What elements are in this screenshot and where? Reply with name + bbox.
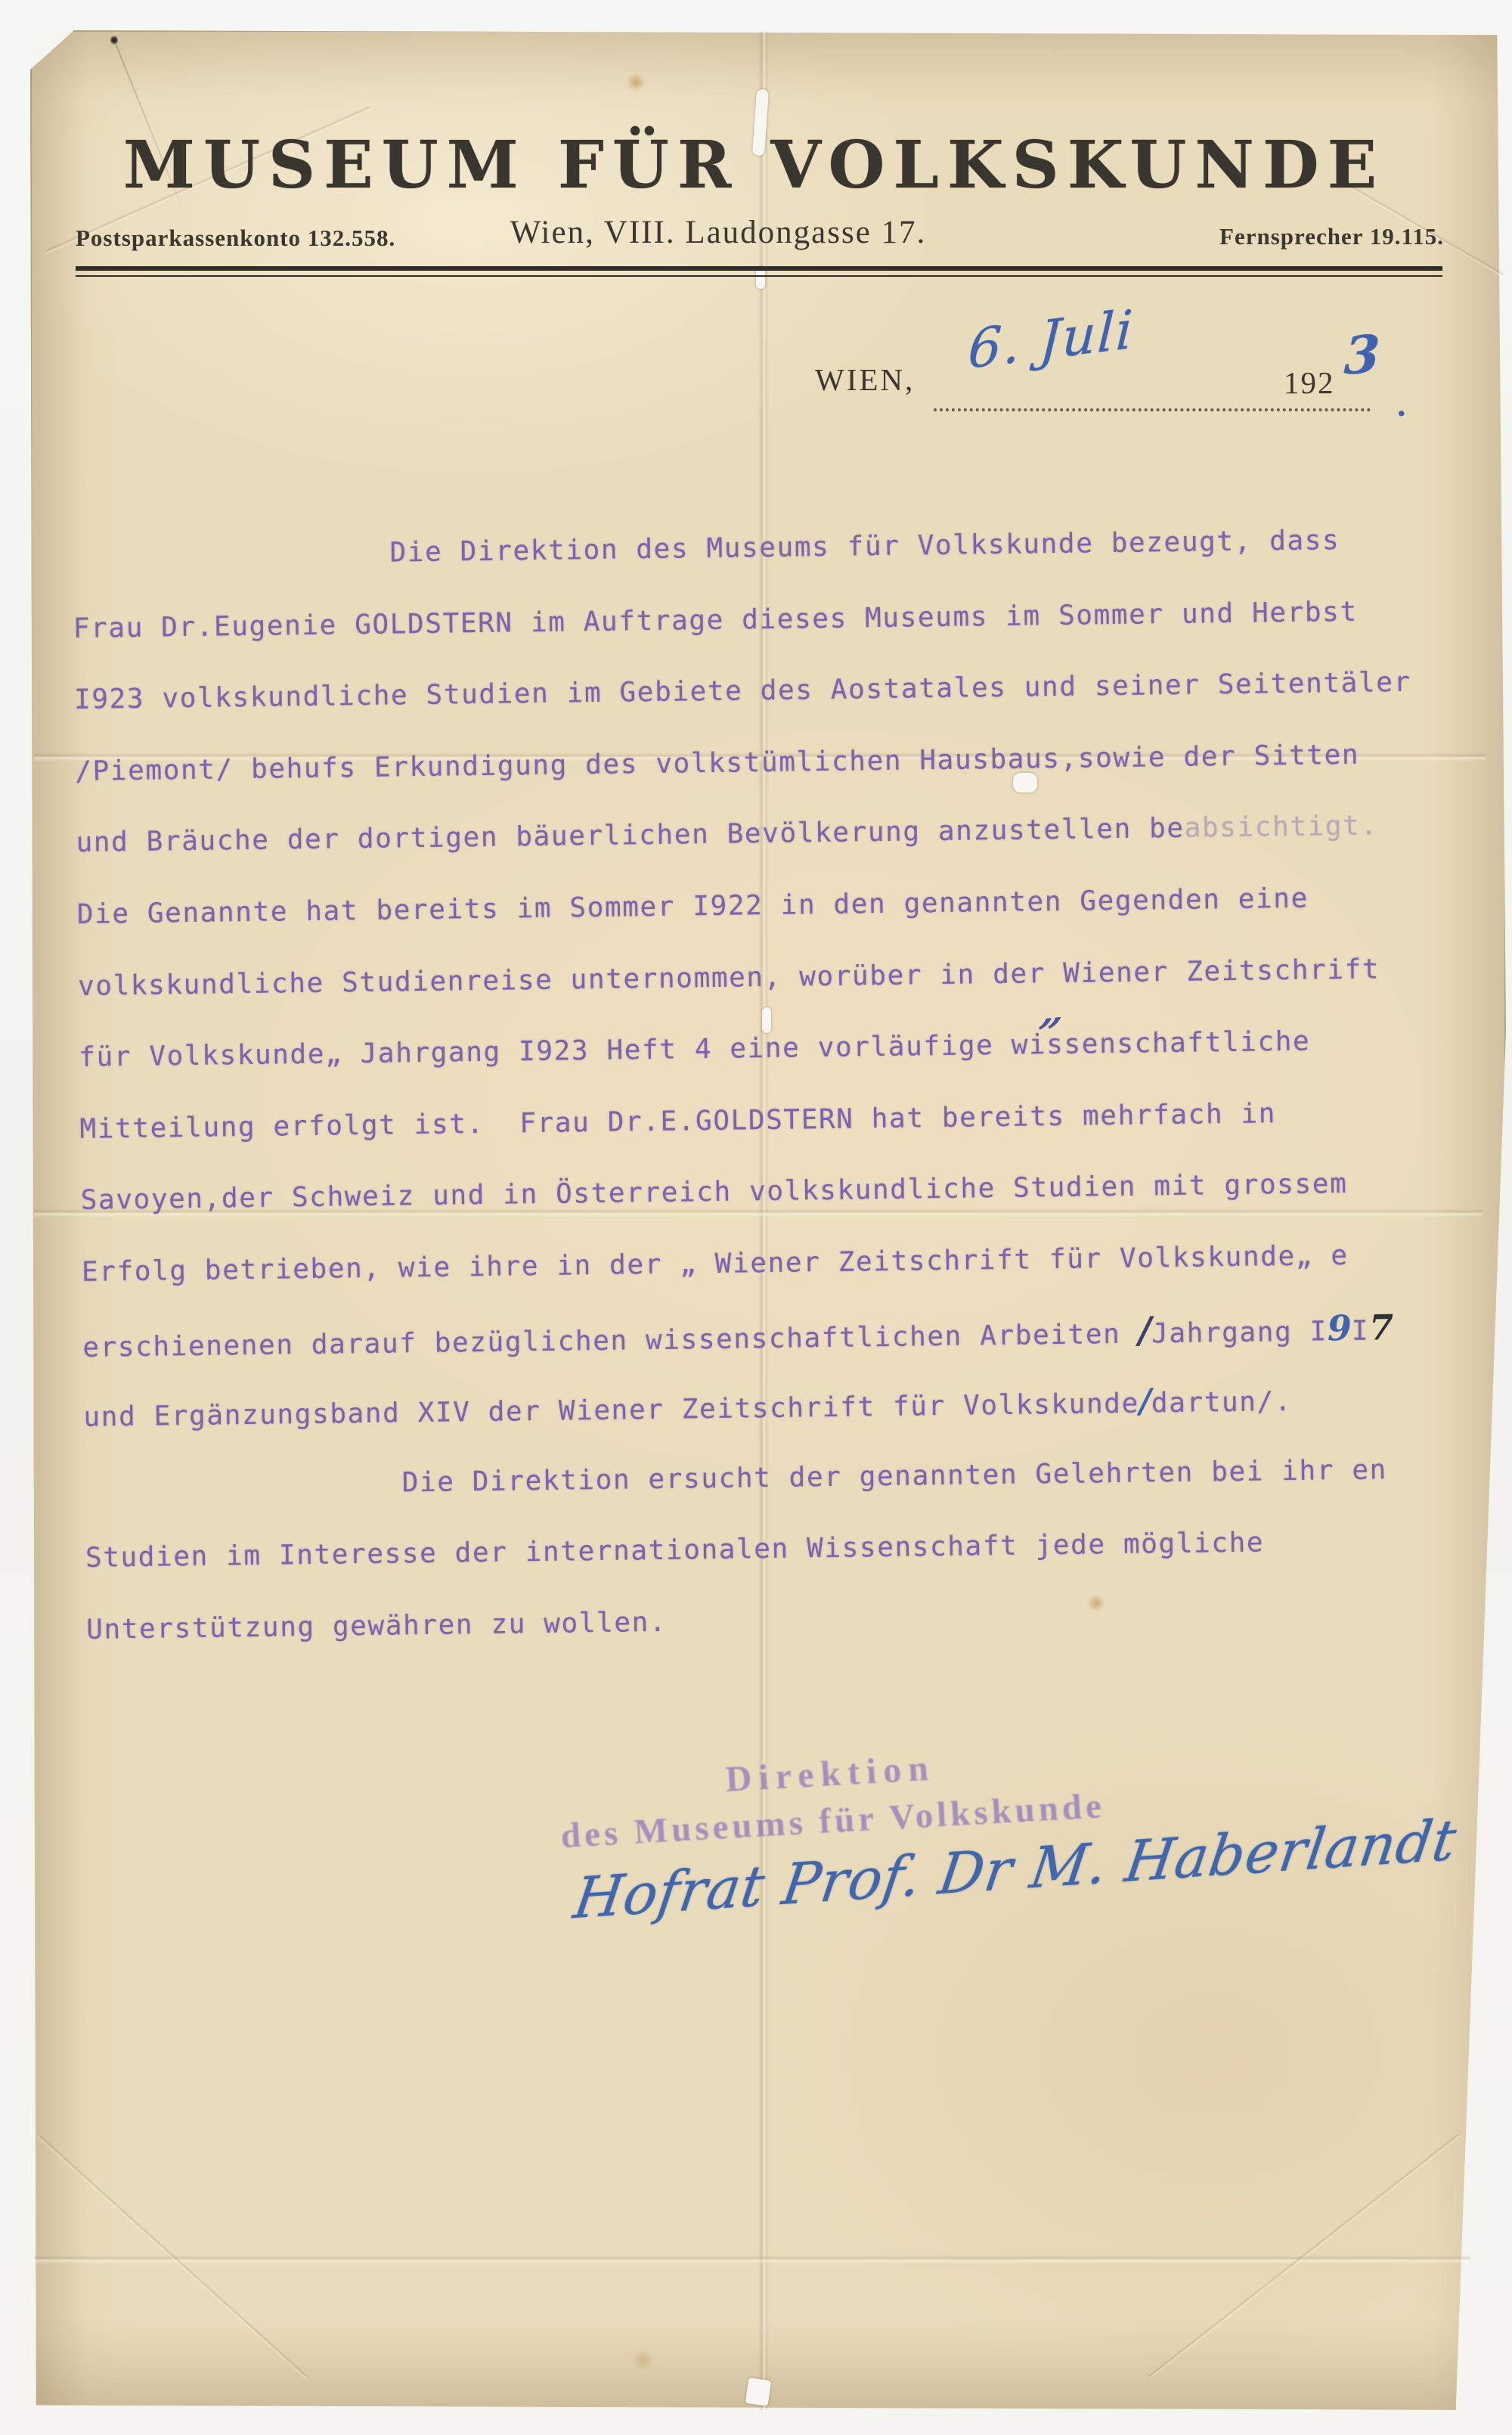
scanned-letter-page: { "letterhead": { "title": "MUSEUM FÜR V… xyxy=(0,0,1512,2435)
handwritten-digit-9: 9 xyxy=(1327,1307,1352,1348)
letterhead-phone: Fernsprecher 19.115. xyxy=(1219,223,1444,250)
typed-segment: Jahrgang I xyxy=(1151,1316,1328,1349)
typed-segment: erschienenen darauf bezüglichen wissensc… xyxy=(82,1318,1139,1363)
letterhead-address: Wien, VIII. Laudongasse 17. xyxy=(76,214,1361,251)
typed-segment: und Ergänzungsband XIV der Wiener Zeitsc… xyxy=(83,1388,1139,1433)
handwritten-year-digit: 3 xyxy=(1343,324,1381,387)
typed-segment: I xyxy=(1352,1315,1370,1346)
folded-corner-top-left xyxy=(30,30,74,70)
handwritten-slash: / xyxy=(1139,1382,1151,1421)
faded-word: absichtigt. xyxy=(1184,811,1378,844)
stain xyxy=(626,73,646,92)
paper-tear xyxy=(745,2378,771,2406)
letterhead-double-rule xyxy=(76,266,1442,277)
typed-body: Die Direktion des Museums für Volkskunde… xyxy=(72,504,1470,1666)
handwritten-digit-7: 7 xyxy=(1369,1307,1394,1348)
letterhead-info-row: Postsparkassenkonto 132.558. Wien, VIII.… xyxy=(76,214,1444,259)
handwritten-slash: / xyxy=(1138,1309,1151,1351)
typed-segment: und Bräuche der dortigen bäuerlichen Bev… xyxy=(76,813,1185,858)
stain xyxy=(632,2349,655,2371)
typed-segment: dartun/. xyxy=(1151,1386,1293,1419)
letterhead-title: MUSEUM FÜR VOLKSKUNDE xyxy=(34,127,1474,203)
city-label: WIEN, xyxy=(815,361,915,398)
year-printed: 192 xyxy=(1284,364,1335,401)
date-period: . xyxy=(1397,384,1406,424)
